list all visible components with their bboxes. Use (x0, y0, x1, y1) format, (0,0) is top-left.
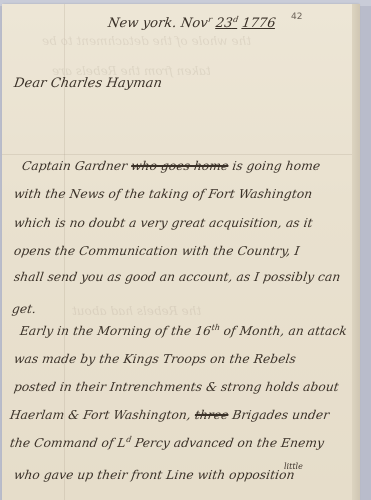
letter-line-1: Captain Gardner who goes home is going h… (21, 159, 321, 173)
letter-line-2: with the News of the taking of Fort Wash… (13, 187, 313, 201)
letter-page: the whole of the detachment to be taken … (2, 4, 358, 500)
folio-number: 42 (291, 12, 302, 22)
dateline-year: 1776 (241, 16, 277, 31)
ink-bleed-through: the Rebels had about (72, 304, 201, 318)
ink-bleed-through: the whole of the detachment to be (42, 34, 251, 48)
dateline-month: Nov (180, 16, 209, 31)
dateline: New york. Novr 23d 1776 (107, 16, 277, 31)
letter-line-5: shall send you as good an account, as I … (13, 270, 341, 284)
letter-line-11: the Command of Ld Percy advanced on the … (9, 436, 325, 450)
salutation: Dear Charles Hayman (13, 76, 163, 91)
struck-text: three (194, 408, 229, 422)
letter-line-8: was made by the Kings Troops on the Rebe… (13, 352, 297, 366)
dateline-day: 23d (215, 16, 239, 31)
letter-line-7: Early in the Morning of the 16th of Mont… (19, 324, 348, 338)
letter-line-3: which is no doubt a very great acquisiti… (13, 216, 314, 230)
dateline-place: New york. (107, 16, 178, 31)
letter-line-6: get. (11, 302, 37, 316)
struck-text: who goes home (130, 159, 229, 173)
page-fold (2, 154, 358, 155)
letter-line-12: who gave up their front Line with opposi… (13, 468, 296, 482)
dateline-month-suffix: r (208, 15, 213, 24)
page-edge (352, 4, 360, 500)
letter-line-9: posted in their Intrenchments & strong h… (13, 380, 340, 394)
letter-line-10: Haerlam & Fort Washington, three Brigade… (9, 408, 330, 422)
letter-line-4: opens the Communication with the Country… (13, 244, 300, 258)
